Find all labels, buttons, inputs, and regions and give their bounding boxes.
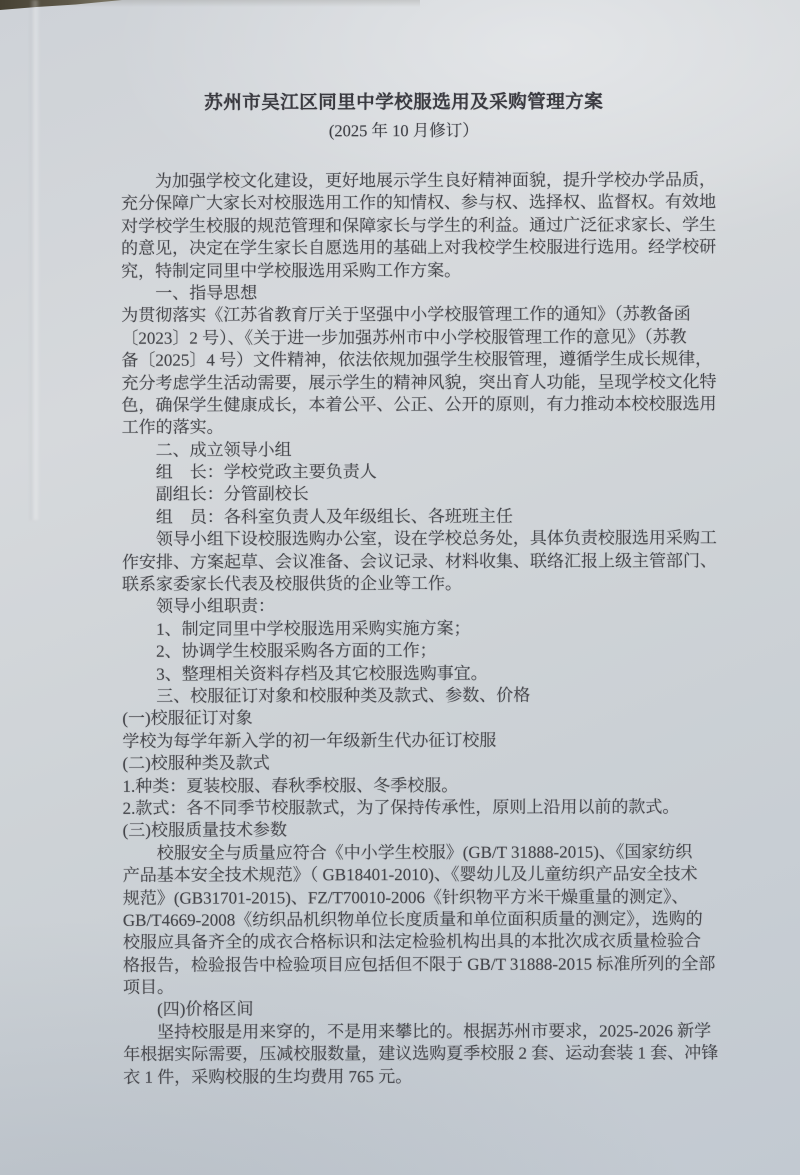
text-line: 1、制定同里中学校服选用采购实施方案； <box>122 617 748 641</box>
text-line: 年根据实际需要，压减校服数量，建议选购夏季校服 2 套、运动套装 1 套、冲锋 <box>123 1042 749 1066</box>
text-line: 联系家委家长代表及校服供货的企业等工作。 <box>122 572 748 596</box>
text-line: 领导小组职责： <box>122 595 748 619</box>
document-page: 苏州市吴江区同里中学校服选用及采购管理方案 (2025 年 10 月修订） 为加… <box>121 87 750 1089</box>
title-block: 苏州市吴江区同里中学校服选用及采购管理方案 (2025 年 10 月修订） <box>91 87 717 145</box>
text-line: 组 员：各科室负责人及年级组长、各班班主任 <box>122 505 748 529</box>
text-line: (四)价格区间 <box>123 998 749 1022</box>
text-line: 3、整理相关资料存档及其它校服选购事宜。 <box>122 662 748 686</box>
text-line: (一)校服征订对象 <box>122 707 748 731</box>
text-line: 为加强学校文化建设，更好地展示学生良好精神面貌，提升学校办学品质， <box>121 169 747 193</box>
text-line: 规范》(GB31701-2015)、FZ/T70010-2006《针织物平方米干… <box>123 886 749 910</box>
text-line: 2.款式：各不同季节校服款式，为了保持传承性，原则上沿用以前的款式。 <box>123 796 749 820</box>
text-line: (二)校服种类及款式 <box>122 751 748 775</box>
document-body: 为加强学校文化建设，更好地展示学生良好精神面貌，提升学校办学品质，充分保障广大家… <box>121 169 749 1089</box>
text-line: 为贯彻落实《江苏省教育厅关于坚强中小学校服管理工作的通知》（苏教备函 <box>121 304 747 328</box>
text-line: 坚持校服是用来穿的，不是用来攀比的。根据苏州市要求，2025-2026 新学 <box>123 1020 749 1044</box>
text-line: 校服应具备齐全的成衣合格标识和法定检验机构出具的本批次成衣质量检验合 <box>123 930 749 954</box>
text-line: 领导小组下设校服选购办公室，设在学校总务处，具体负责校服选用采购工 <box>122 527 748 551</box>
text-line: 学校为每学年新入学的初一年级新生代办征订校服 <box>122 729 748 753</box>
text-line: 备〔2025〕4 号）文件精神，依法依规加强学生校服管理，遵循学生成长规律， <box>121 348 747 372</box>
text-line: 产品基本安全技术规范》（ GB18401-2010)、《婴幼儿及儿童纺织产品安全… <box>123 863 749 887</box>
text-line: 2、协调学生校服采购各方面的工作； <box>122 639 748 663</box>
text-line: 色，确保学生健康成长，本着公平、公正、公开的原则，有力推动本校校服选用 <box>121 393 747 417</box>
text-line: 充分考虑学生活动需要，展示学生的精神风貌，突出育人功能，呈现学校文化特 <box>121 371 747 395</box>
text-line: 格报告，检验报告中检验项目应包括但不限于 GB/T 31888-2015 标准所… <box>123 953 749 977</box>
text-line: 组 长：学校党政主要负责人 <box>122 460 748 484</box>
text-line: (三)校服质量技术参数 <box>123 819 749 843</box>
text-line: 〔2023〕2 号）、《关于进一步加强苏州市中小学校服管理工作的意见》（苏教 <box>121 326 747 350</box>
text-line: 衣 1 件，采购校服的生均费用 765 元。 <box>123 1065 749 1089</box>
text-line: 校服安全与质量应符合《中小学生校服》(GB/T 31888-2015)、《国家纺… <box>123 841 749 865</box>
text-line: 的意见，决定在学生家长自愿选用的基础上对我校学生校服进行选用。经学校研 <box>121 236 747 260</box>
document-subtitle: (2025 年 10 月修订） <box>91 117 717 145</box>
text-line: 1.种类：夏装校服、春秋季校服、冬季校服。 <box>122 774 748 798</box>
document-title: 苏州市吴江区同里中学校服选用及采购管理方案 <box>91 87 717 119</box>
text-line: 一、指导思想 <box>121 281 747 305</box>
paper-crease <box>30 0 40 520</box>
text-line: 对学校学生校服的规范管理和保障家长与学生的利益。通过广泛征求家长、学生 <box>121 214 747 238</box>
text-line: GB/T4669-2008《纺织品机织物单位长度质量和单位面积质量的测定》，选购… <box>123 908 749 932</box>
text-line: 究，特制定同里中学校服选用采购工作方案。 <box>121 259 747 283</box>
photographed-document: 苏州市吴江区同里中学校服选用及采购管理方案 (2025 年 10 月修订） 为加… <box>0 0 800 1175</box>
text-line: 作安排、方案起草、会议准备、会议记录、材料收集、联络汇报上级主管部门、 <box>122 550 748 574</box>
text-line: 三、校服征订对象和校服种类及款式、参数、价格 <box>122 684 748 708</box>
text-line: 充分保障广大家长对校服选用工作的知情权、参与权、选择权、监督权。有效地 <box>121 192 747 216</box>
text-line: 副组长：分管副校长 <box>122 483 748 507</box>
text-line: 二、成立领导小组 <box>122 438 748 462</box>
text-line: 项目。 <box>123 975 749 999</box>
text-line: 工作的落实。 <box>122 415 748 439</box>
